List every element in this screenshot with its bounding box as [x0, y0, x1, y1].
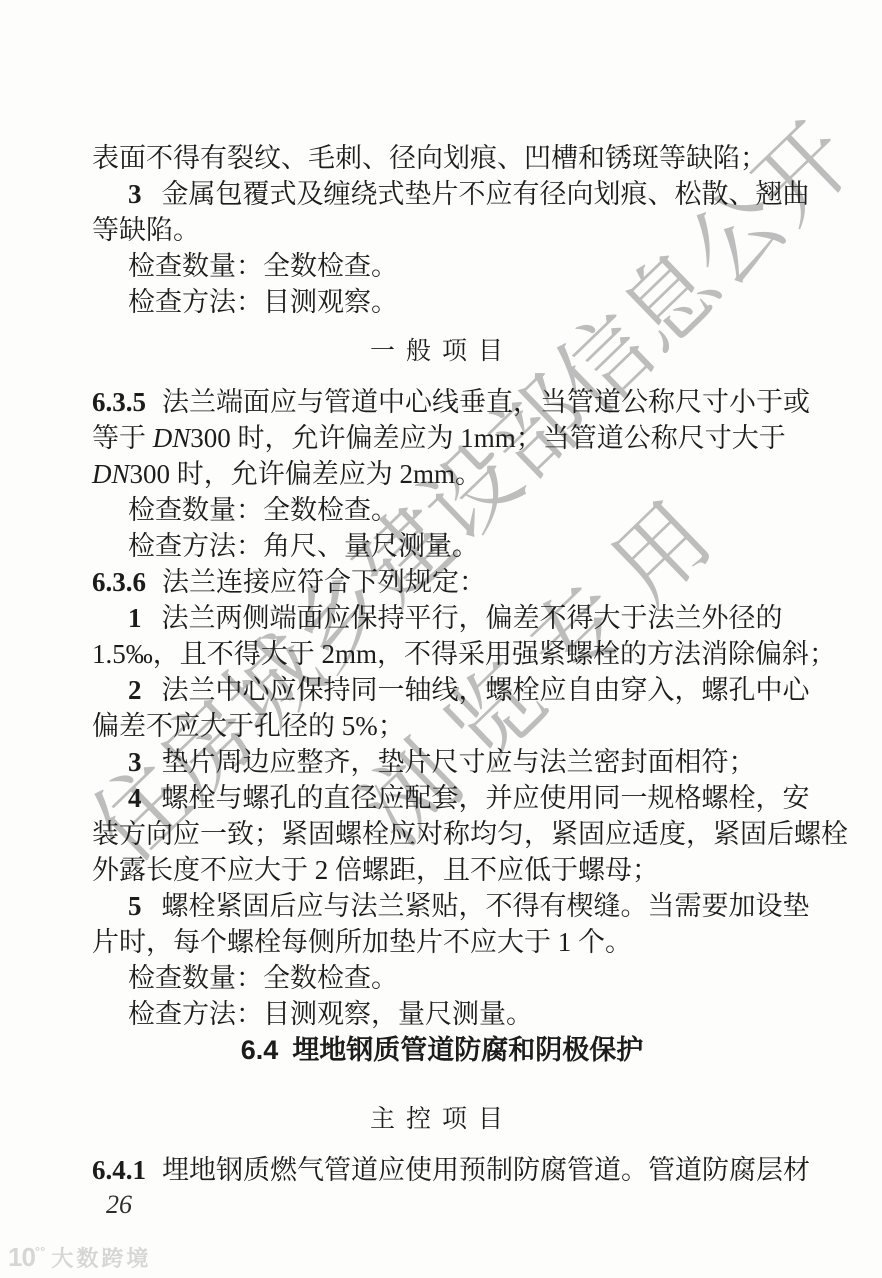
check-quantity-line: 检查数量：全数检查。	[92, 960, 792, 996]
logo-icon: 10	[8, 1242, 35, 1272]
scanned-document-page: 住房城乡建设部信息公开 浏览专用 表面不得有裂纹、毛刺、径向划痕、凹槽和锈斑等缺…	[0, 0, 882, 1278]
page-number: 26	[106, 1190, 132, 1220]
document-body: 表面不得有裂纹、毛刺、径向划痕、凹槽和锈斑等缺陷； 3金属包覆式及缠绕式垫片不应…	[92, 0, 792, 1188]
list-item-1-continuation: 1.5‰，且不得大于 2mm，不得采用强紧螺栓的方法消除偏斜；	[92, 636, 792, 672]
list-item-1-line: 1法兰两侧端面应保持平行，偏差不得大于法兰外径的	[92, 600, 792, 636]
clause-number: 6.3.6	[92, 567, 146, 597]
clause-6-3-5-continuation: 等于 DN300 时，允许偏差应为 1mm；当管道公称尺寸大于	[92, 420, 792, 456]
list-item-2-continuation: 偏差不应大于孔径的 5%；	[92, 708, 792, 744]
clause-6-3-5-continuation: DN300 时，允许偏差应为 2mm。	[92, 456, 792, 492]
clause-6-3-5-line: 6.3.5法兰端面应与管道中心线垂直，当管道公称尺寸小于或	[92, 384, 792, 420]
site-logo: 10°°大数跨境	[8, 1242, 151, 1273]
item-number: 5	[128, 891, 142, 921]
logo-text: 大数跨境	[51, 1246, 151, 1271]
list-item-4-line: 4螺栓与螺孔的直径应配套，并应使用同一规格螺栓，安	[92, 780, 792, 816]
list-item-3-line: 3金属包覆式及缠绕式垫片不应有径向划痕、松散、翘曲	[92, 176, 792, 212]
dn-symbol: DN	[92, 459, 130, 489]
list-item-3-line: 3垫片周边应整齐，垫片尺寸应与法兰密封面相符；	[92, 744, 792, 780]
clause-6-3-6-line: 6.3.6法兰连接应符合下列规定：	[92, 564, 792, 600]
check-quantity-line: 检查数量：全数检查。	[92, 248, 792, 284]
heading-main-control-items: 主控项目	[92, 1102, 792, 1138]
section-number: 6.4	[241, 1035, 279, 1065]
clause-6-4-1-line: 6.4.1埋地钢质燃气管道应使用预制防腐管道。管道防腐层材	[92, 1152, 792, 1188]
list-item-4-continuation: 外露长度不应大于 2 倍螺距，且不应低于螺母；	[92, 852, 792, 888]
list-item-5-continuation: 片时，每个螺栓每侧所加垫片不应大于 1 个。	[92, 924, 792, 960]
heading-general-items: 一般项目	[92, 334, 792, 370]
clause-number: 6.4.1	[92, 1155, 146, 1185]
check-method-line: 检查方法：目测观察，量尺测量。	[92, 996, 792, 1032]
item-number: 3	[128, 747, 142, 777]
logo-icon-circles: °°	[35, 1244, 45, 1259]
clause-number: 6.3.5	[92, 387, 146, 417]
check-method-line: 检查方法：目测观察。	[92, 284, 792, 320]
check-quantity-line: 检查数量：全数检查。	[92, 492, 792, 528]
paragraph-continuation-line: 等缺陷。	[92, 212, 792, 248]
check-method-line: 检查方法：角尺、量尺测量。	[92, 528, 792, 564]
list-item-4-continuation: 装方向应一致；紧固螺栓应对称均匀，紧固应适度，紧固后螺栓	[92, 816, 792, 852]
list-item-5-line: 5螺栓紧固后应与法兰紧贴，不得有楔缝。当需要加设垫	[92, 888, 792, 924]
item-number: 2	[128, 675, 142, 705]
item-number: 3	[128, 179, 142, 209]
item-number: 1	[128, 603, 142, 633]
paragraph-continuation-line: 表面不得有裂纹、毛刺、径向划痕、凹槽和锈斑等缺陷；	[92, 140, 792, 176]
list-item-2-line: 2法兰中心应保持同一轴线，螺栓应自由穿入，螺孔中心	[92, 672, 792, 708]
dn-symbol: DN	[153, 423, 191, 453]
item-number: 4	[128, 783, 142, 813]
section-heading-6-4: 6.4埋地钢质管道防腐和阴极保护	[92, 1032, 792, 1068]
